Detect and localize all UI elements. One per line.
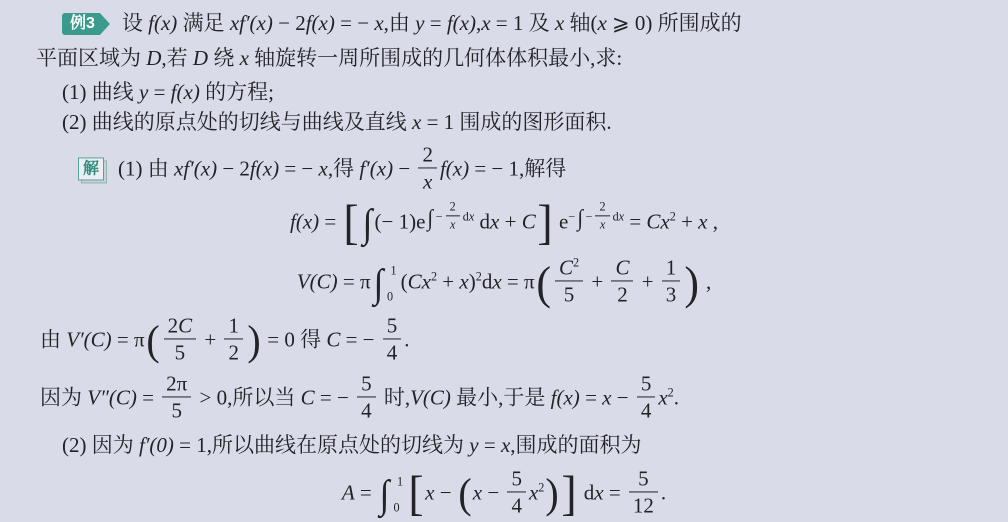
text-run: (	[401, 269, 408, 293]
text-run: ,所以曲线在原点处的切线为	[207, 433, 470, 457]
numerator: 5	[507, 467, 526, 491]
integral-glyph: ∫	[428, 207, 434, 230]
text-run: f(x)	[250, 156, 279, 180]
fraction: 512	[629, 467, 658, 516]
numerator: 1	[662, 256, 681, 280]
integral-sign: ∫10	[373, 264, 399, 304]
text-run: 2π	[166, 371, 187, 395]
solution-text-1: (1) 由 xf′(x) − 2f(x) = − x,得 f′(x) − 2xf…	[118, 156, 566, 180]
text-run: =	[137, 385, 159, 409]
text-run: x	[490, 210, 499, 234]
text-run: 1	[228, 313, 239, 337]
text-run: )	[469, 269, 476, 293]
numerator: 5	[629, 467, 658, 491]
text-run: x	[529, 480, 538, 504]
text-run: V″(C)	[87, 385, 137, 409]
text-run: −	[436, 210, 443, 224]
numerator: 2	[418, 143, 437, 167]
text-run: f(x)	[306, 11, 335, 35]
text-run: 2	[573, 256, 579, 270]
numerator: 5	[637, 372, 656, 396]
problem-text-1: 设 f(x) 满足 xf′(x) − 2f(x) = − x,由 y = f(x…	[122, 11, 742, 35]
text-run: 时,	[379, 385, 411, 409]
text-run: +	[199, 327, 221, 351]
text-run: f′(x)	[359, 156, 393, 180]
text-run: −	[611, 385, 633, 409]
text-run: y	[469, 433, 478, 457]
text-run: 5	[641, 371, 652, 395]
numerator: C2	[555, 256, 583, 280]
text-run: (2) 曲线的原点处的切线与曲线及直线	[62, 110, 412, 134]
text-run: 5	[175, 341, 186, 365]
text-run: 5	[387, 313, 398, 337]
problem-item-1: (1) 曲线 y = f(x) 的方程;	[62, 76, 274, 106]
text-run: C	[615, 255, 629, 279]
text-run: (1) 曲线	[62, 80, 139, 104]
text-run: ,围成的面积为	[510, 433, 641, 457]
text-run: D	[146, 46, 161, 70]
text-run: 4	[511, 494, 522, 518]
text-run: A	[342, 480, 355, 504]
integral-glyph: ∫	[380, 475, 390, 515]
text-run: +	[586, 269, 608, 293]
text-run: f(x)	[447, 11, 476, 35]
text-run: Cx	[408, 269, 431, 293]
text-run: x	[240, 46, 249, 70]
denominator: x	[446, 215, 460, 231]
text-run: 围成的图形面积.	[454, 110, 612, 134]
text-run: =	[148, 80, 170, 104]
numerator: 2C	[164, 314, 197, 338]
denominator: 2	[611, 281, 633, 306]
text-run: 5	[564, 283, 575, 307]
text-run: C	[522, 210, 536, 234]
fraction: 2x	[418, 143, 437, 192]
denominator: 4	[357, 397, 376, 422]
denominator: 5	[162, 397, 191, 422]
textbook-page: { "page": { "bg": "#d9dce8", "text": "#2…	[0, 0, 1008, 522]
text-run: e	[554, 210, 569, 234]
text-run: 由	[40, 327, 66, 351]
text-run: 0	[387, 289, 393, 303]
integral-sign: ∫	[427, 207, 433, 230]
text-run: y	[139, 80, 148, 104]
text-run: > 0	[194, 385, 227, 409]
text-run: =	[624, 210, 646, 234]
text-run: 1	[397, 475, 403, 489]
text-run: (2) 因为	[62, 433, 139, 457]
numerator: 5	[383, 314, 402, 338]
text-run: −	[434, 480, 456, 504]
text-run: 轴旋转一周所围成的几何体体积最小,求:	[249, 46, 622, 70]
problem-line-2: 平面区域为 D,若 D 绕 x 轴旋转一周所围成的几何体体积最小,求:	[36, 42, 622, 72]
text-run: 1	[391, 264, 397, 278]
text-run: = −	[335, 11, 374, 35]
text-run: 平面区域为	[36, 46, 146, 70]
denominator: 4	[507, 492, 526, 517]
text-run: x	[658, 385, 667, 409]
text-run: =	[319, 210, 341, 234]
numerator: 2	[595, 200, 609, 215]
text-run: = 1	[174, 433, 207, 457]
text-run: x	[459, 269, 468, 293]
text-run: f(x)	[148, 11, 177, 35]
lower-limit: 0	[384, 290, 397, 302]
text-run: = −	[279, 156, 318, 180]
text-run: 得	[295, 327, 327, 351]
text-run: xf′(x)	[230, 11, 273, 35]
text-run: −	[586, 210, 593, 224]
text-run: e	[416, 210, 425, 234]
text-run: 2	[422, 142, 433, 166]
upper-limit: 1	[397, 476, 403, 488]
text-run: x	[597, 11, 606, 35]
text-run: x	[450, 217, 455, 231]
problem-item-2: (2) 曲线的原点处的切线与曲线及直线 x = 1 围成的图形面积.	[62, 106, 612, 136]
text-run: 4	[641, 399, 652, 423]
text-run: x	[698, 210, 707, 234]
numerator: 2	[446, 200, 460, 215]
text-run: 2	[228, 341, 239, 365]
text-run: x	[501, 433, 510, 457]
integral-glyph: ∫	[578, 207, 584, 230]
solution-badge: 解	[78, 157, 104, 180]
fraction: 54	[357, 372, 376, 421]
equation-volume: V(C) = π∫10(Cx2 + x)2dx = π(C25 + C2 + 1…	[0, 256, 1008, 305]
text-run: xf′(x)	[174, 156, 217, 180]
text-run: C	[326, 327, 340, 351]
fraction: 2x	[446, 200, 460, 231]
text-run: −	[482, 480, 504, 504]
text-run: 1	[666, 255, 677, 279]
fraction: 13	[662, 256, 681, 305]
text-run: 最小,于是	[451, 385, 551, 409]
text-run: ,得	[328, 156, 360, 180]
text-run: = 1	[421, 110, 454, 134]
text-run: 4	[387, 341, 398, 365]
fraction: 2π5	[162, 372, 191, 421]
denominator: x	[595, 215, 609, 231]
numerator: 2π	[162, 372, 191, 396]
text-run: =	[355, 480, 377, 504]
text-run: V(C)	[410, 385, 451, 409]
text-run: − 2	[273, 11, 306, 35]
example-badge: 例3	[62, 13, 110, 35]
text-run: 绕	[208, 46, 240, 70]
text-run: 2	[450, 199, 456, 213]
text-run: 满足	[177, 11, 230, 35]
text-run: = π	[112, 327, 145, 351]
text-run: x	[319, 156, 328, 180]
numerator: 5	[357, 372, 376, 396]
superscript: −∫−2xdx	[568, 200, 624, 231]
text-run: f(x)	[290, 210, 319, 234]
text-run: x	[481, 11, 490, 35]
text-run: =	[604, 480, 626, 504]
text-run: .	[661, 480, 666, 504]
integral-limits: 10	[384, 265, 397, 303]
text-run: 5	[361, 371, 372, 395]
text-run: ,由	[384, 11, 416, 35]
text-run: 轴(	[564, 11, 597, 35]
text-run: f(x)	[440, 156, 469, 180]
text-run: +	[636, 269, 658, 293]
fraction: 54	[507, 467, 526, 516]
text-run: +	[499, 210, 521, 234]
text-run: = 0	[262, 327, 295, 351]
text-run: 因为	[40, 385, 87, 409]
integral-sign: ∫	[362, 204, 373, 244]
equation-area: A = ∫10[x − (x − 54x2)] dx = 512.	[0, 467, 1008, 516]
text-run: C	[559, 255, 573, 279]
text-run: f(x)	[551, 385, 580, 409]
text-run: +	[676, 210, 698, 234]
text-run: − 2	[217, 156, 250, 180]
text-run: x	[600, 217, 605, 231]
solution-line-1: 解(1) 由 xf′(x) − 2f(x) = − x,得 f′(x) − 2x…	[78, 143, 566, 192]
text-run: d	[474, 210, 490, 234]
upper-limit: 1	[391, 265, 397, 277]
numerator: 1	[224, 314, 243, 338]
text-run: x	[594, 480, 603, 504]
text-run: ,若	[161, 46, 193, 70]
text-run: 2	[538, 481, 544, 495]
denominator: 2	[224, 339, 243, 364]
denominator: 3	[662, 281, 681, 306]
text-run: V′(C)	[66, 327, 111, 351]
denominator: 12	[629, 492, 658, 517]
text-run: ,解得	[519, 156, 566, 180]
denominator: 4	[637, 397, 656, 422]
text-run: d	[482, 269, 493, 293]
text-run: 5	[511, 466, 522, 490]
text-run: .	[404, 327, 409, 351]
text-run: 2	[168, 313, 179, 337]
text-run: ,所以当	[227, 385, 301, 409]
text-run: = π	[502, 269, 535, 293]
integral-limits: 10	[390, 476, 403, 514]
integral-glyph: ∫	[362, 204, 372, 244]
text-run: C	[178, 313, 192, 337]
lower-limit: 0	[390, 501, 403, 513]
text-run: 5	[638, 466, 649, 490]
text-run: x	[412, 110, 421, 134]
fraction: 2x	[595, 200, 609, 231]
text-run: x	[492, 269, 501, 293]
text-run: ,	[708, 210, 719, 234]
superscript: 2	[573, 257, 579, 269]
text-run: f(x)	[171, 80, 200, 104]
text-run: C	[301, 385, 315, 409]
fraction: 2C5	[164, 314, 197, 363]
text-run: 3	[666, 283, 677, 307]
superscript: 2	[538, 482, 544, 494]
fraction: C2	[611, 256, 633, 305]
text-run: x	[555, 11, 564, 35]
text-run: 设	[122, 11, 148, 35]
integral-sign: ∫10	[379, 475, 405, 515]
text-run: −	[393, 156, 415, 180]
denominator: x	[418, 168, 437, 193]
text-run: = − 1	[469, 156, 519, 180]
text-run: x	[423, 170, 432, 194]
equation-general-solution: f(x) = [∫(− 1)e∫−2xdx dx + C] e−∫−2xdx =…	[0, 200, 1008, 243]
text-run: ) 所围成的	[645, 11, 741, 35]
text-run: = π	[338, 269, 371, 293]
fraction: 54	[383, 314, 402, 363]
text-run: =	[580, 385, 602, 409]
fraction: 54	[637, 372, 656, 421]
text-run: 5	[171, 399, 182, 423]
text-run: =	[479, 433, 501, 457]
text-run: .	[674, 385, 679, 409]
text-run: d	[578, 480, 594, 504]
text-run: = 1	[491, 11, 524, 35]
problem-line-1: 例3设 f(x) 满足 xf′(x) − 2f(x) = − x,由 y = f…	[62, 7, 742, 37]
integral-sign: ∫	[577, 207, 583, 230]
integral-glyph: ∫	[373, 264, 383, 304]
solution-line-part2: (2) 因为 f′(0) = 1,所以曲线在原点处的切线为 y = x,围成的面…	[62, 429, 642, 459]
text-run: 0	[393, 500, 399, 514]
text-run: = −	[315, 385, 354, 409]
text-run: f′(0)	[139, 433, 174, 457]
denominator: 5	[164, 339, 197, 364]
text-run: 及	[523, 11, 555, 35]
text-run: Cx	[646, 210, 669, 234]
text-run: ,	[701, 269, 712, 293]
solution-line-minimum: 因为 V″(C) = 2π5 > 0,所以当 C = − 54 时,V(C) 最…	[40, 372, 679, 421]
text-run: −	[568, 210, 575, 224]
text-run: D	[193, 46, 208, 70]
text-run: 2	[617, 283, 628, 307]
text-run: (− 1)	[375, 210, 417, 234]
text-run: x	[473, 480, 482, 504]
text-run: (1) 由	[118, 156, 174, 180]
text-run: 2	[599, 199, 605, 213]
text-run: V(C)	[297, 269, 338, 293]
text-run: 的方程;	[200, 80, 274, 104]
denominator: 5	[555, 281, 583, 306]
text-run: +	[437, 269, 459, 293]
text-run: 4	[361, 399, 372, 423]
numerator: C	[611, 256, 633, 280]
text-run: x	[374, 11, 383, 35]
fraction: C25	[555, 256, 583, 305]
solution-line-derivative: 由 V′(C) = π(2C5 + 12) = 0 得 C = − 54.	[40, 314, 410, 363]
fraction: 12	[224, 314, 243, 363]
text-run: = −	[340, 327, 379, 351]
denominator: 4	[383, 339, 402, 364]
superscript: ∫−2xdx	[425, 200, 474, 231]
text-run: ⩾ 0	[607, 11, 646, 35]
text-run: 12	[633, 494, 654, 518]
text-run: =	[424, 11, 446, 35]
